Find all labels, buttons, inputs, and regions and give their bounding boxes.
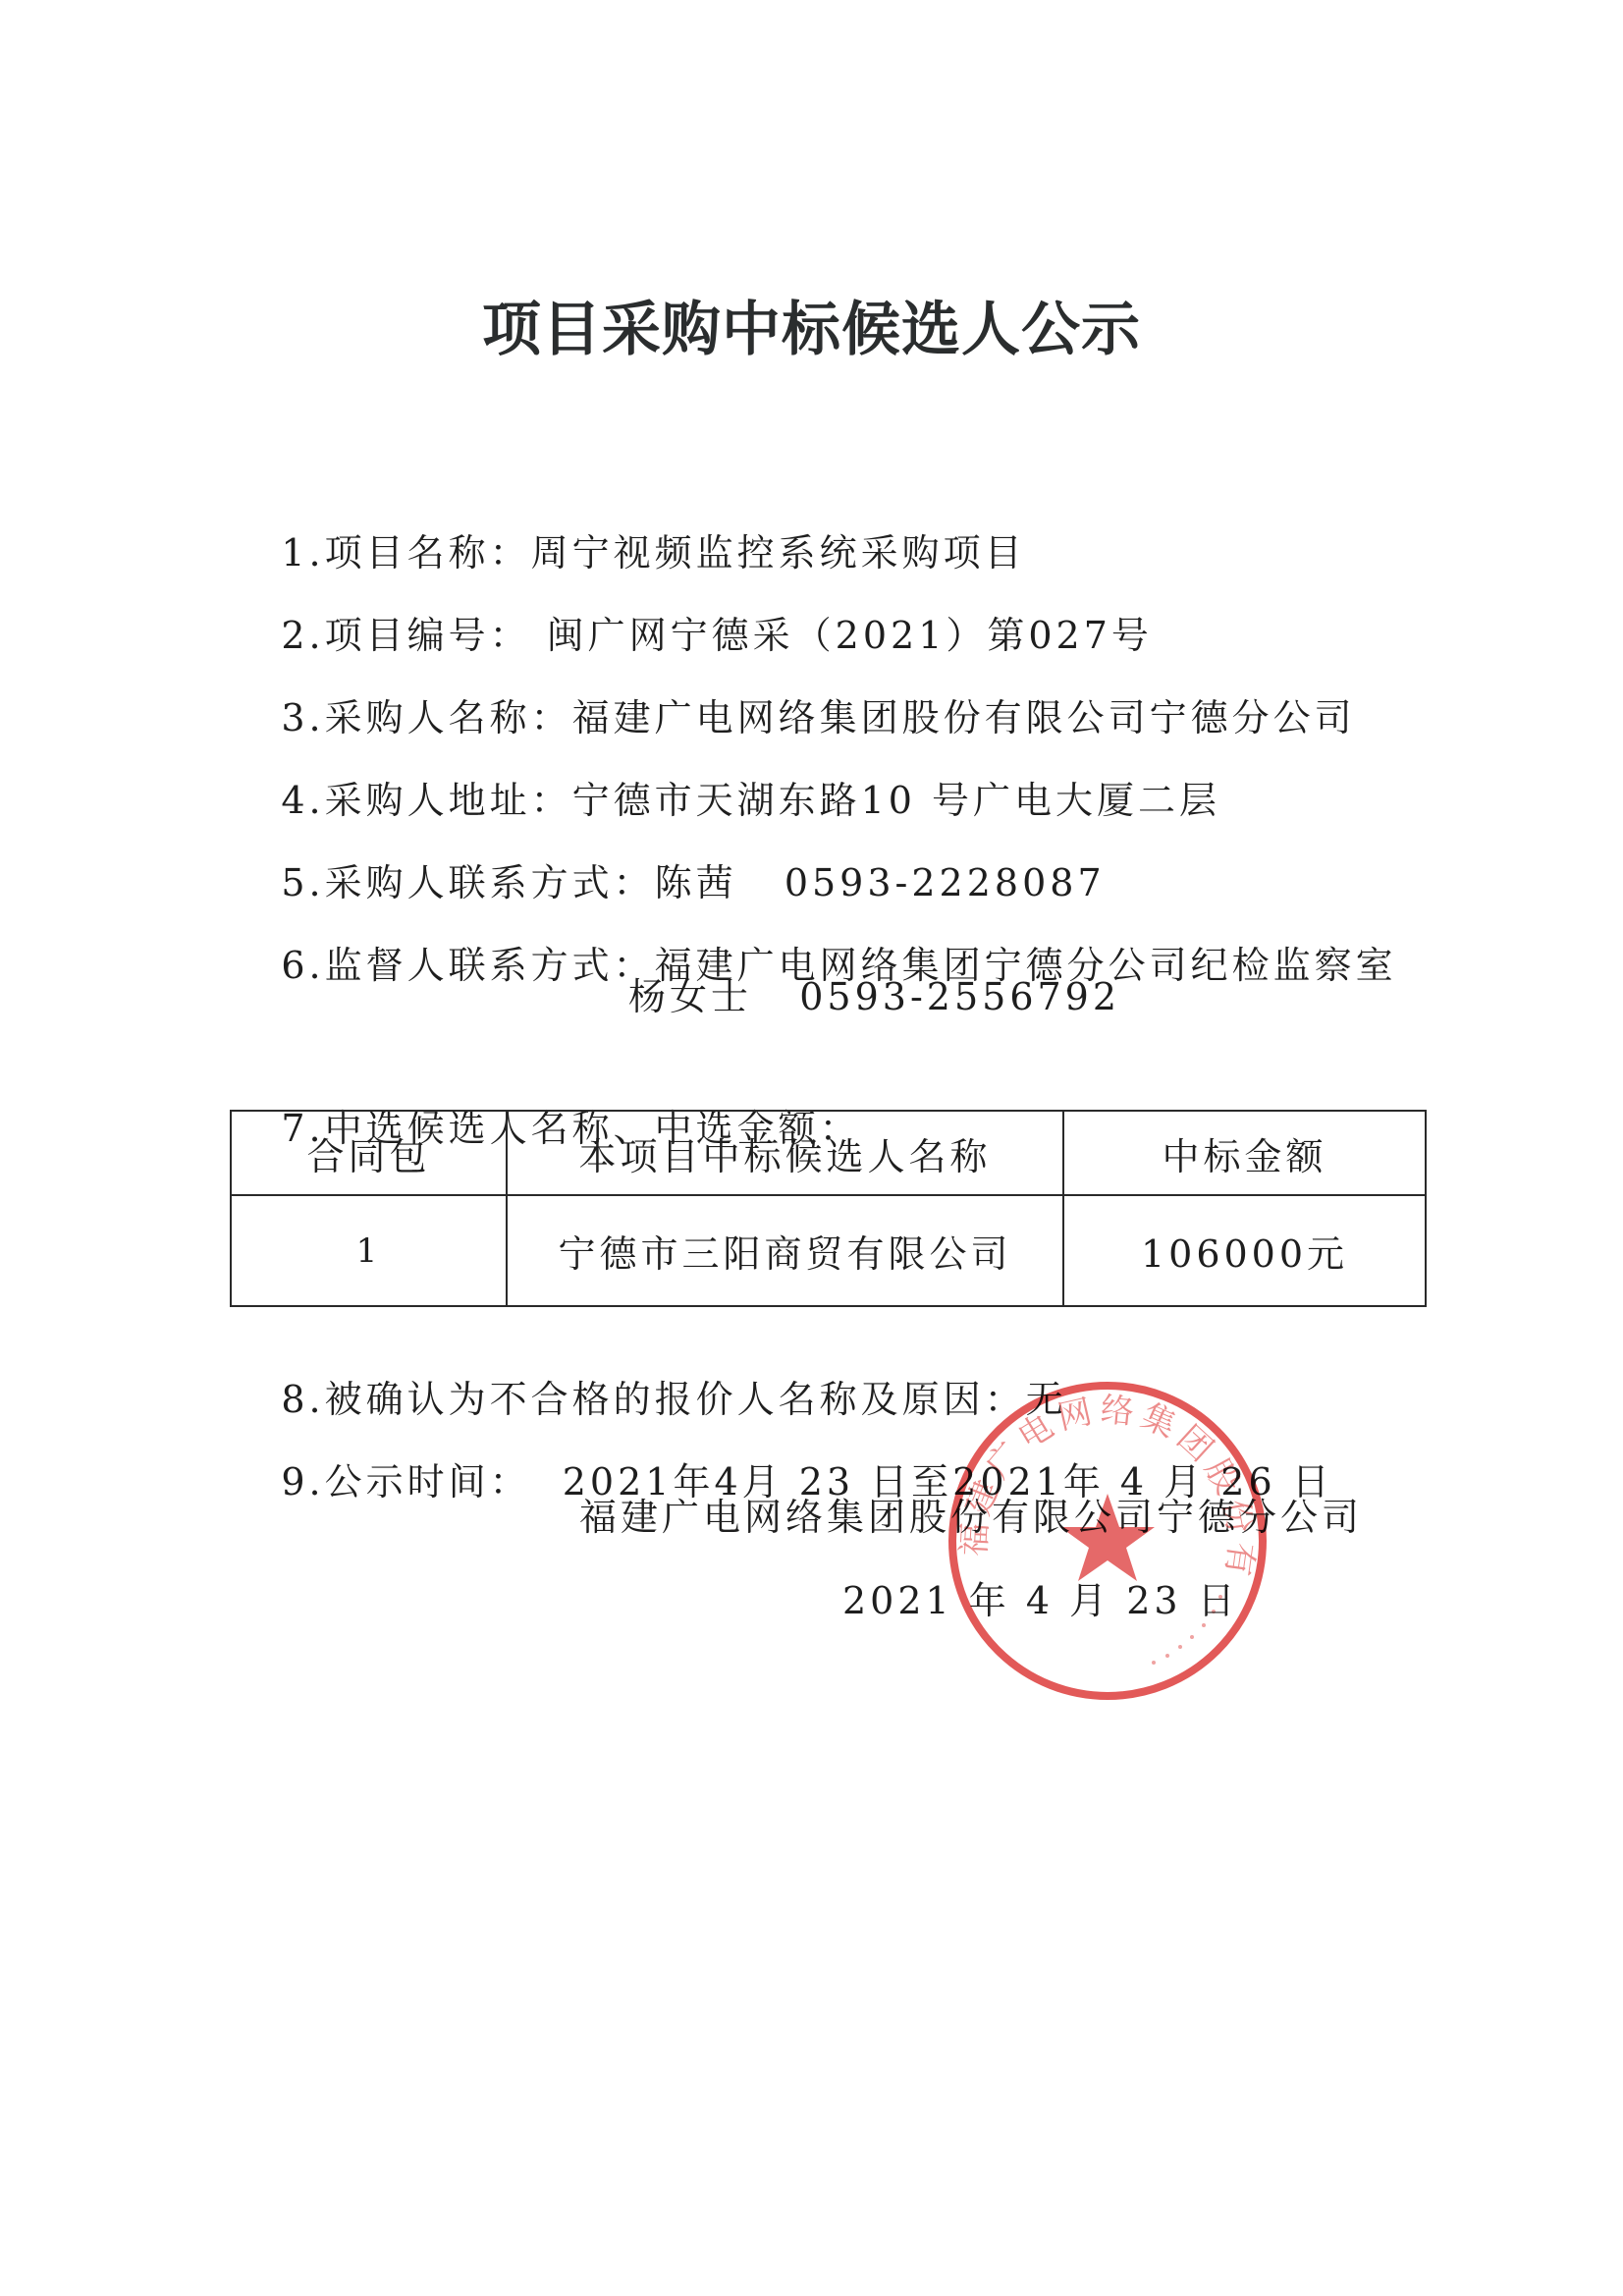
signature-organization: 福建广电网络集团股份有限公司宁德分公司 (579, 1493, 1363, 1542)
cell-candidate-name: 宁德市三阳商贸有限公司 (507, 1195, 1063, 1306)
candidate-table: 合同包 本项目中标候选人名称 中标金额 1 宁德市三阳商贸有限公司 106000… (230, 1110, 1427, 1307)
item-supervisor-contact-person: 杨女士 0593-2556792 (628, 972, 1120, 1021)
header-candidate-name: 本项目中标候选人名称 (507, 1111, 1063, 1195)
item-label: 6.监督人联系方式： (281, 944, 654, 987)
header-contract-package: 合同包 (231, 1111, 507, 1195)
signature-date: 2021 年 4 月 23 日 (842, 1576, 1239, 1625)
page-title: 项目采购中标候选人公示 (0, 291, 1623, 369)
item-label: 9.公示时间： (281, 1460, 530, 1503)
cell-contract-package: 1 (231, 1195, 507, 1306)
candidate-table-container: 合同包 本项目中标候选人名称 中标金额 1 宁德市三阳商贸有限公司 106000… (230, 1110, 1427, 1303)
table-row: 1 宁德市三阳商贸有限公司 106000元 (231, 1195, 1426, 1306)
header-bid-amount: 中标金额 (1063, 1111, 1426, 1195)
cell-bid-amount: 106000元 (1063, 1195, 1426, 1306)
document-page: 项目采购中标候选人公示 1.项目名称：周宁视频监控系统采购项目 2.项目编号： … (0, 0, 1623, 2296)
table-header-row: 合同包 本项目中标候选人名称 中标金额 (231, 1111, 1426, 1195)
